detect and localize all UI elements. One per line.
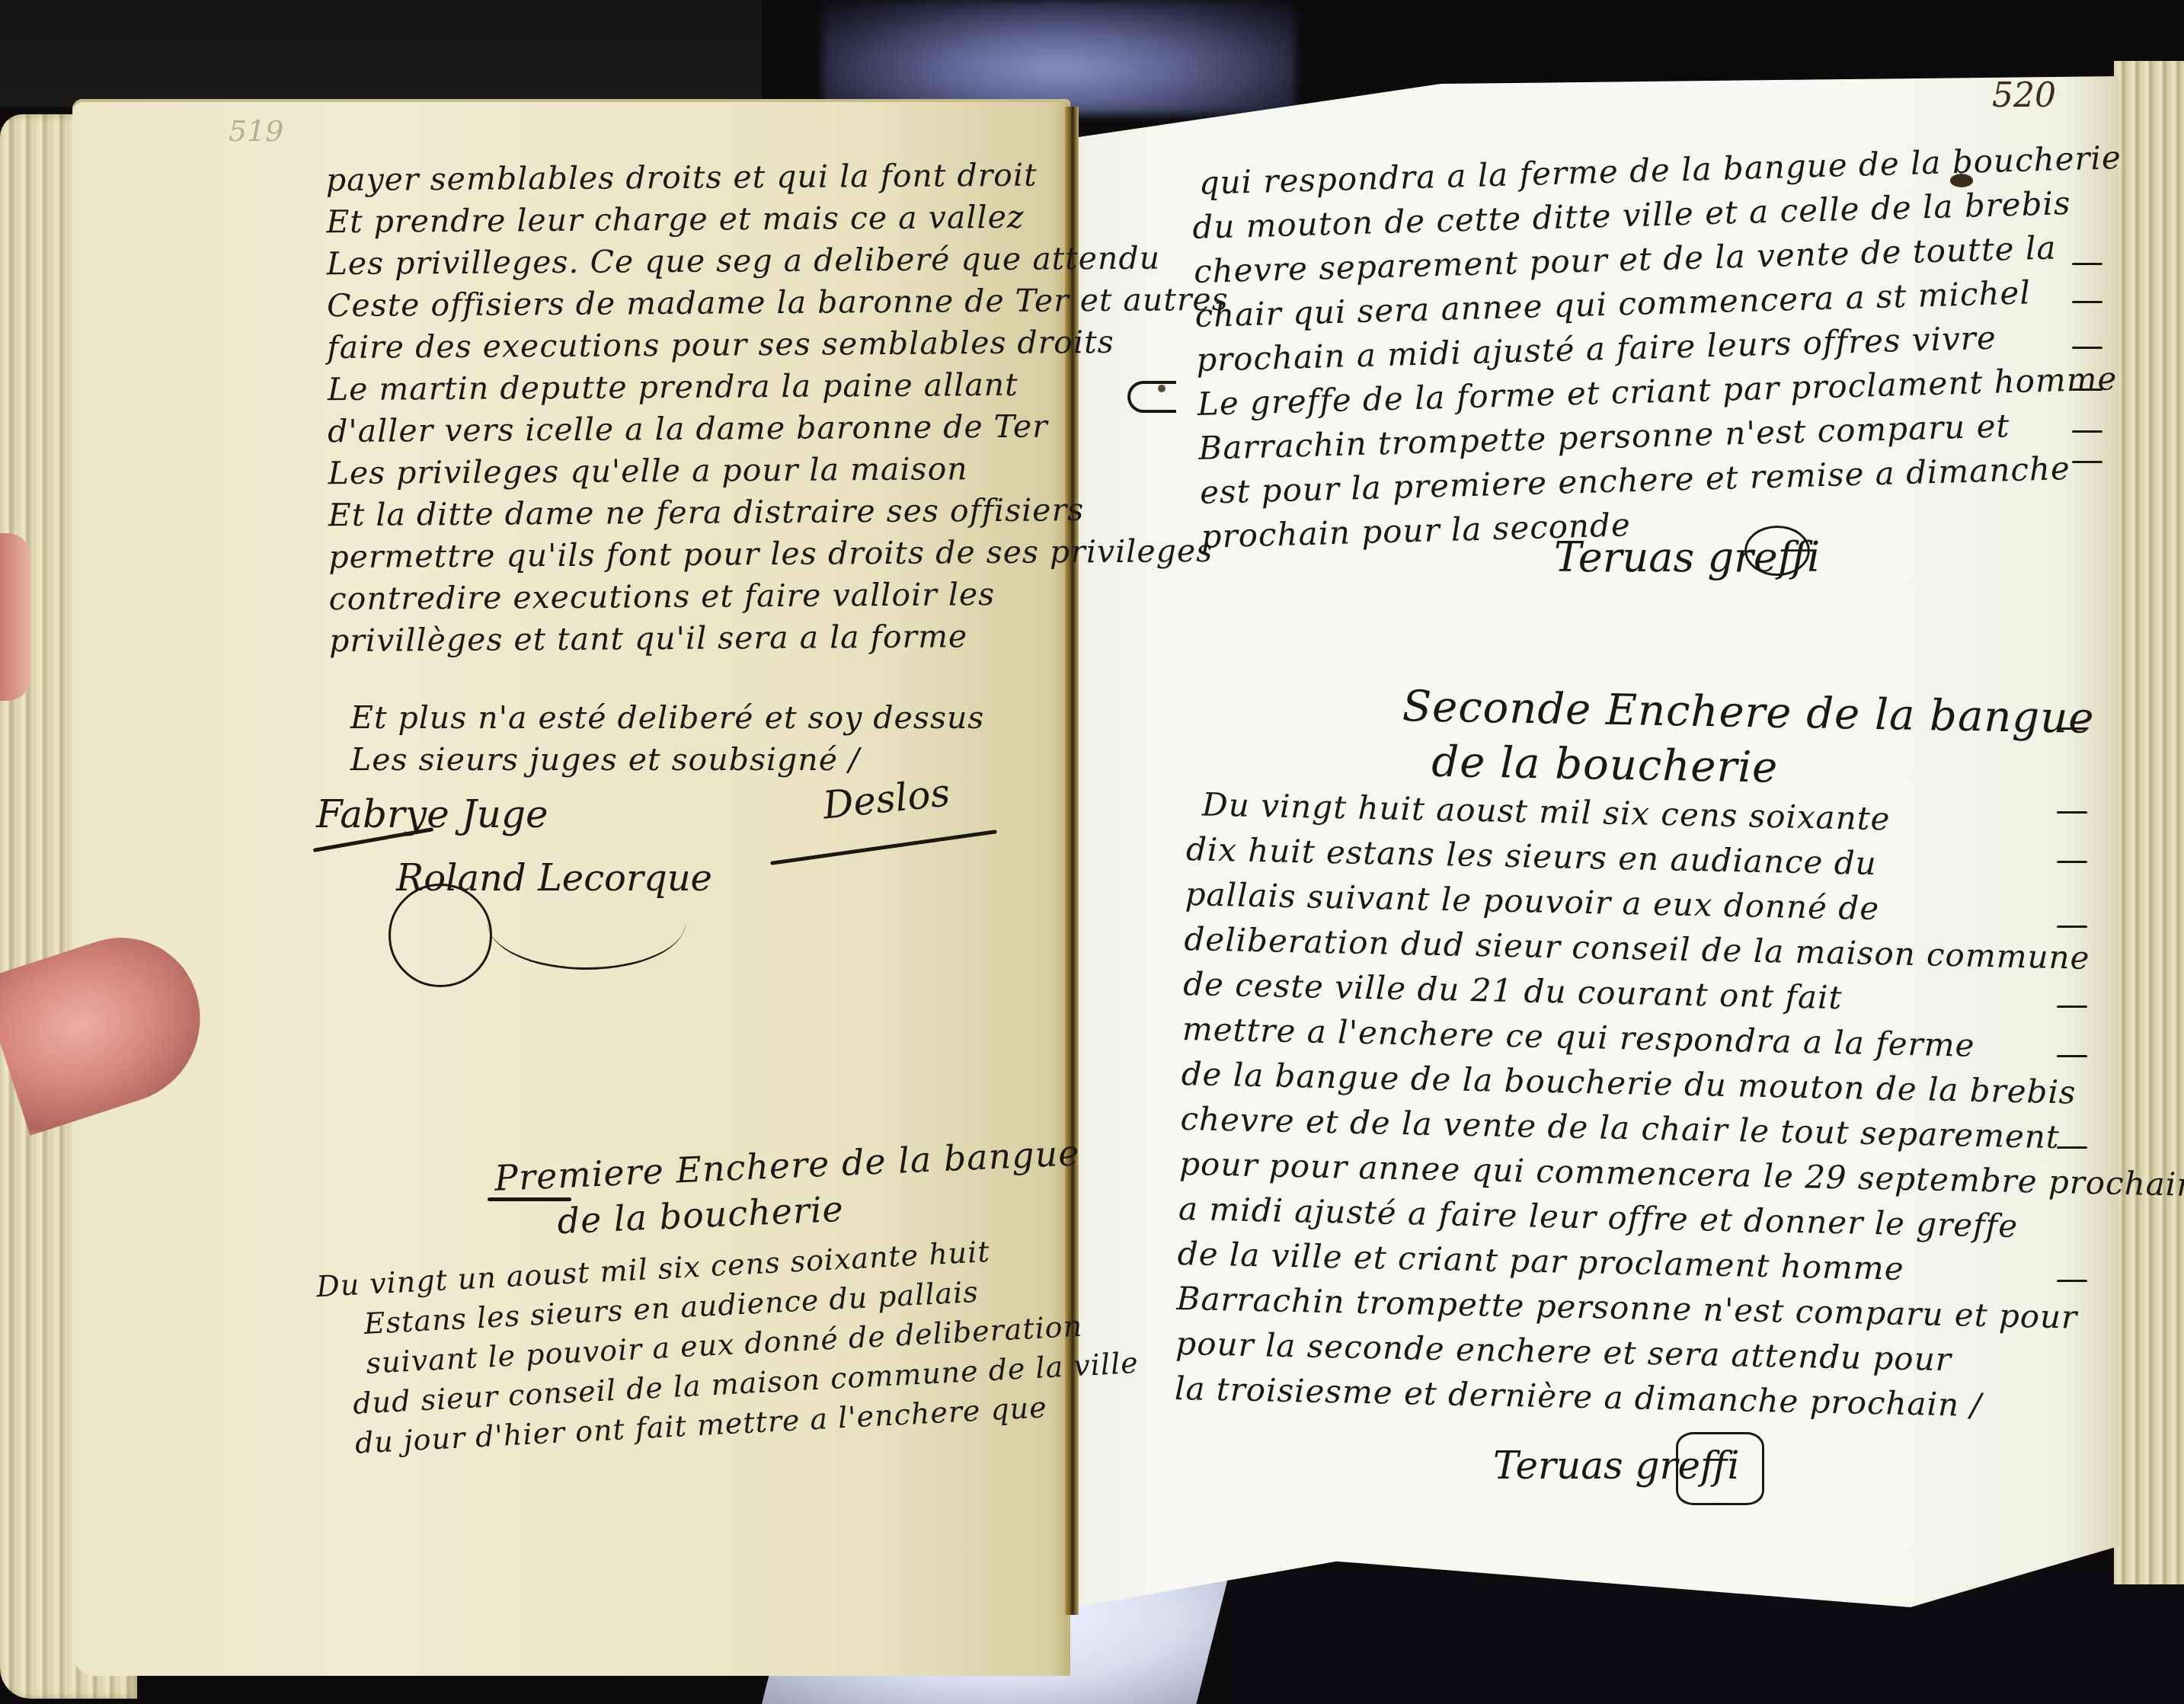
text-line: Les privileges qu'elle a pour la maison xyxy=(328,446,1229,494)
line-end-dash xyxy=(2057,1055,2087,1057)
left-folio-number: 519 xyxy=(229,114,284,148)
line-end-dash xyxy=(2072,430,2102,433)
background-dark-bottom xyxy=(1234,1577,2184,1704)
signature-paraph xyxy=(1744,526,1810,576)
right-section-heading: Seconde Enchere de la bangue de la bouch… xyxy=(1401,679,2095,801)
line-end-dash xyxy=(2072,388,2102,391)
line-end-dash xyxy=(2057,861,2087,863)
text-line: faire des executions pour ses semblables… xyxy=(327,321,1229,369)
text-line: permettre qu'ils font pour les droits de… xyxy=(328,530,1230,578)
text-line: privillèges et tant qu'il sera a la form… xyxy=(329,614,1231,662)
text-line: Et plus n'a esté deliberé et soy dessus xyxy=(350,697,984,739)
line-end-dash xyxy=(2072,301,2102,303)
left-page-closing-text: Et plus n'a esté deliberé et soy dessus … xyxy=(350,697,984,781)
text-line: Les privilleges. Ce que seg a deliberé q… xyxy=(326,237,1228,285)
text-line: Ceste offisiers de madame la baronne de … xyxy=(327,279,1229,327)
line-end-dash xyxy=(2057,1146,2087,1149)
line-end-dash xyxy=(2072,461,2102,463)
line-end-dash xyxy=(2057,811,2087,814)
line-end-dash xyxy=(2057,1280,2087,1282)
text-line: Les sieurs juges et soubsigné / xyxy=(350,739,984,781)
margin-mark xyxy=(1127,381,1176,413)
holding-hand-finger xyxy=(0,533,30,701)
line-end-dash xyxy=(2072,263,2102,265)
line-end-dash xyxy=(2057,926,2087,928)
background-cloth xyxy=(823,0,1295,114)
text-line: Et la ditte dame ne fera distraire ses o… xyxy=(328,488,1230,536)
signature-flourish-loop xyxy=(389,884,492,987)
text-line: Le martin deputte prendra la paine allan… xyxy=(328,363,1229,411)
signature-flourish-curve xyxy=(488,876,686,970)
left-page-top-text: payer semblables droits et qui la font d… xyxy=(326,153,1231,662)
ink-dot xyxy=(1158,385,1166,392)
text-line: payer semblables droits et qui la font d… xyxy=(326,153,1228,201)
line-end-dash xyxy=(2057,1005,2087,1008)
background-dark-area xyxy=(0,0,762,107)
right-section-body: Du vingt huit aoust mil six cens soixant… xyxy=(1174,782,2184,1432)
line-end-dash xyxy=(2057,727,2087,730)
text-line: Et prendre leur charge et mais ce a vall… xyxy=(326,195,1228,243)
right-page-top-text: qui respondra a la ferme de la bangue de… xyxy=(1191,136,2132,559)
heading-underline xyxy=(488,1197,571,1201)
line-end-dash xyxy=(2072,347,2102,349)
right-folio-number: 520 xyxy=(1992,76,2056,115)
signature-paraph xyxy=(1676,1432,1764,1505)
text-line: d'aller vers icelle a la dame baronne de… xyxy=(328,404,1229,452)
text-line: contredire executions et faire valloir l… xyxy=(329,572,1231,620)
